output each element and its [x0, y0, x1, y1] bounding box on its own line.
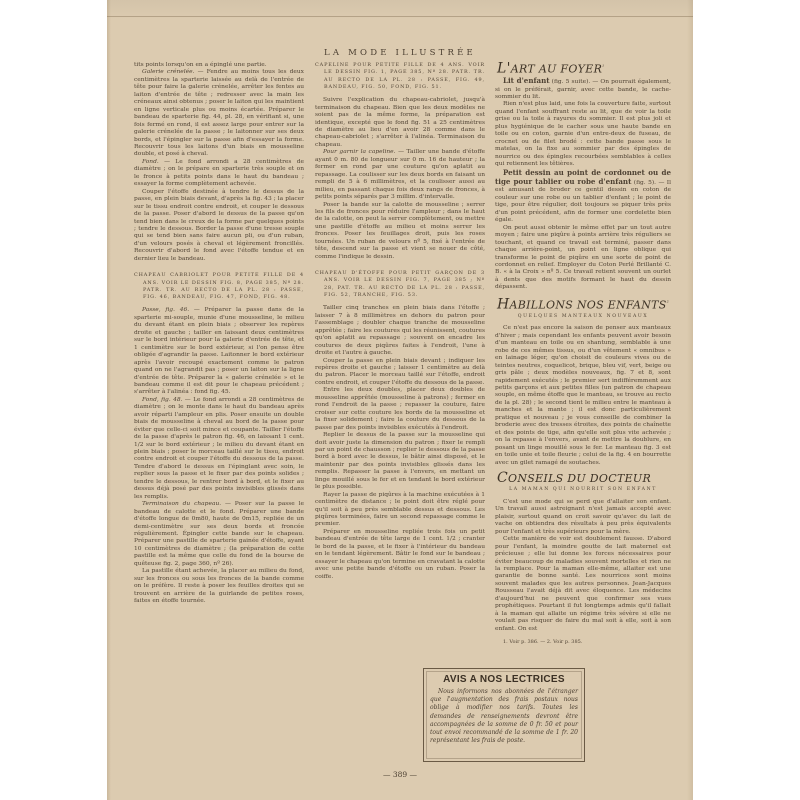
column-3: L'ART AU FOYER¹ Lit d'enfant (fig. 5 sui… — [495, 62, 671, 646]
paragraph: Suivre l'explication du chapeau-cabriole… — [315, 97, 485, 149]
column-1: tits points lorsqu'on en a épinglé une p… — [134, 62, 304, 606]
paragraph: Lit d'enfant (fig. 5 suite). — On pourra… — [495, 77, 671, 101]
heading-text: ART AU FOYER — [511, 63, 602, 76]
paragraph-text: (fig. 5). — Il est amusant de broder ce … — [495, 180, 671, 223]
notice-box: AVIS A NOS LECTRICES Nous informons nos … — [423, 668, 585, 762]
paragraph-lead: Pour garnir la capeline. — [323, 149, 396, 155]
paragraph-text: — Le fond arrondi a 28 centimètres de di… — [134, 397, 304, 500]
figure-ref: (fig. 5 suite). — [550, 79, 591, 85]
section-heading-art-au-foyer: L'ART AU FOYER¹ — [497, 64, 671, 73]
paragraph: Cette manière de voir est doublement fau… — [495, 536, 671, 633]
paragraph: Pour garnir la capeline. — Tailler une b… — [315, 149, 485, 201]
paragraph: Fond. — Le fond arrondi a 28 centimètres… — [134, 159, 304, 189]
paragraph: Ce n'est pas encore la saison de penser … — [495, 325, 671, 467]
paragraph: La pastille étant achevée, la placer au … — [134, 568, 304, 605]
heading-text: ONSEILS DU DOCTEUR — [508, 472, 651, 485]
paragraph-text: — Poser sur la passe le bandeau de calot… — [134, 501, 304, 567]
paragraph: Fond, fig. 48. — Le fond arrondi a 28 ce… — [134, 397, 304, 501]
heading-initial: C — [497, 470, 508, 486]
notice-title: AVIS A NOS LECTRICES — [430, 674, 578, 685]
paragraph: Rien n'est plus laid, une fois la couver… — [495, 101, 671, 168]
magazine-page: LA MODE ILLUSTRÉE tits points lorsqu'on … — [107, 0, 693, 800]
paragraph-lead: Passe, fig. 46. — [142, 307, 189, 313]
paragraph: Couper la passe en plein biais devant ; … — [315, 358, 485, 388]
notice-body: Nous informons nos abonnées de l'étrange… — [430, 688, 578, 745]
paragraph-text: — Tailler une bande d'étoffe ayant 0 m. … — [315, 149, 485, 200]
paragraph-lead: Fond. — [142, 159, 159, 165]
footnotes: 1. Voir p. 386. — 2. Voir p. 385. — [495, 639, 671, 646]
paragraph: Préparer en mousseline repliée trois foi… — [315, 529, 485, 581]
paragraph-lead: Fond, fig. 48. — [142, 397, 182, 403]
heading-initial: L' — [497, 61, 511, 77]
paragraph: Couper l'étoffe destinée à tendre le des… — [134, 189, 304, 264]
paragraph: Terminaison du chapeau. — Poser sur la p… — [134, 501, 304, 568]
paragraph-lead: Lit d'enfant — [503, 76, 550, 85]
section-heading-habillons-nos-enfants: HABILLONS NOS ENFANTS² — [497, 300, 671, 309]
paragraph: On peut aussi obtenir le même effet par … — [495, 225, 671, 292]
paragraph: Entre les deux doubles, placer deux doub… — [315, 387, 485, 432]
section-heading-conseils-du-docteur: CONSEILS DU DOCTEUR — [497, 475, 671, 482]
page-fold-line — [107, 16, 693, 17]
column-2: Capeline pour petite fille de 4 ans. Voi… — [315, 62, 485, 581]
paragraph: Poser la bande sur la calotte de moussel… — [315, 202, 485, 262]
heading-text: ABILLONS NOS ENFANTS — [510, 298, 667, 311]
pattern-heading: Chapeau cabriolet pour petite fille de 4… — [134, 272, 304, 301]
paragraph: C'est une mode qui se perd que d'allaite… — [495, 499, 671, 536]
masthead: LA MODE ILLUSTRÉE — [107, 48, 693, 58]
pattern-heading: Capeline pour petite fille de 4 ans. Voi… — [315, 62, 485, 91]
paragraph-text: — Préparer la passe dans de la sparterie… — [134, 307, 304, 395]
footnote-marker: ² — [667, 300, 669, 306]
paragraph-lead: Galerie crénelée. — [142, 69, 195, 75]
paragraph: Passe, fig. 46. — Préparer la passe dans… — [134, 307, 304, 396]
paragraph: Tailler cinq tranches en plein biais dan… — [315, 305, 485, 357]
paragraph: Petit dessin au point de cordonnet ou de… — [495, 169, 671, 225]
paragraph-text: — Le fond arrondi a 28 centimètres de di… — [134, 159, 304, 187]
footnote-marker: ¹ — [602, 64, 604, 70]
paragraph: Rayer la passe de piqûres à la machine e… — [315, 492, 485, 529]
paragraph-text: — Fendre au moins tous les deux centimèt… — [134, 69, 304, 157]
section-subheading: QUELQUES MANTEAUX NOUVEAUX — [495, 313, 671, 320]
pattern-heading: Chapeau d'étoffe pour petit garçon de 3 … — [315, 270, 485, 299]
page-number: — 389 — — [107, 770, 693, 779]
paragraph-lead: Terminaison du chapeau. — [142, 501, 221, 507]
paragraph: Replier le dessus de la passe sur la mou… — [315, 432, 485, 492]
paragraph: Galerie crénelée. — Fendre au moins tous… — [134, 69, 304, 158]
section-subheading: LA MAMAN QUI NOURRIT SON ENFANT — [495, 486, 671, 493]
heading-initial: H — [497, 296, 510, 312]
